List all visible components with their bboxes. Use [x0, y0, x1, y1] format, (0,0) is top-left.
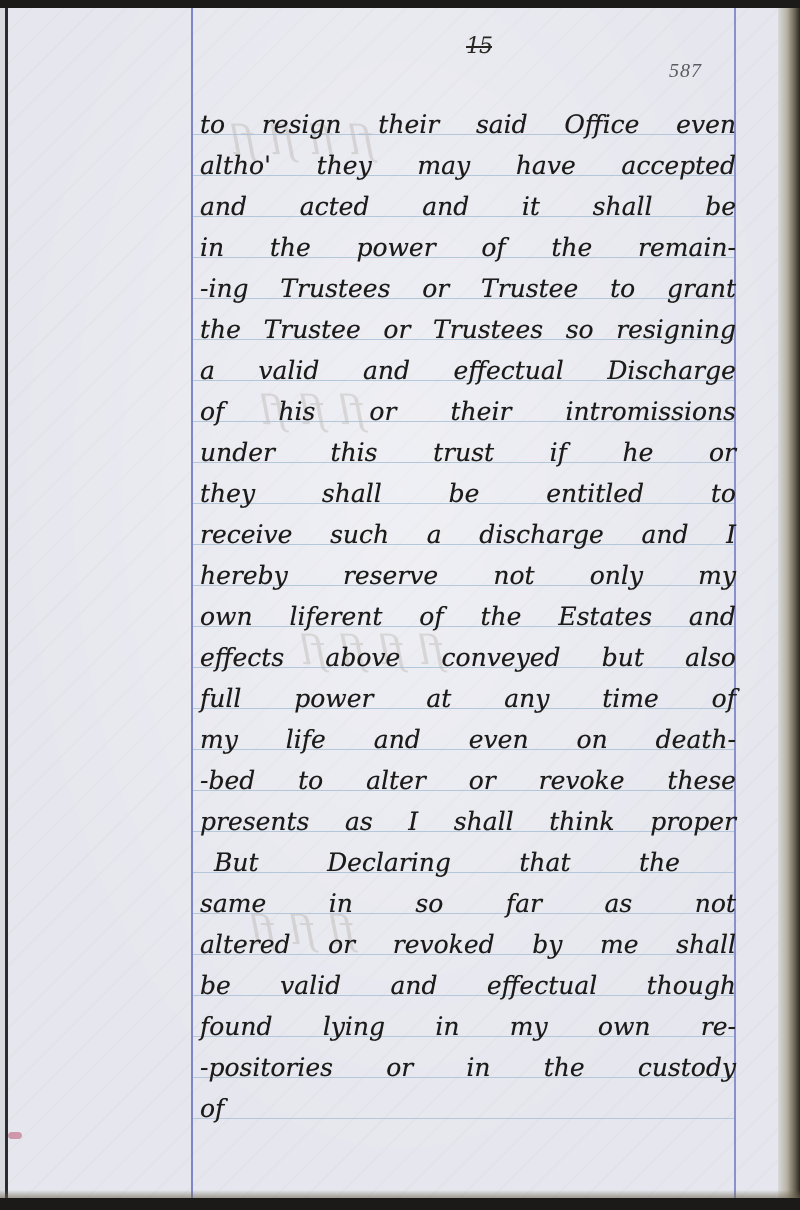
word: presents [200, 801, 309, 842]
word: revoke [539, 760, 625, 801]
manuscript-line: ButDeclaringthatthe [200, 842, 740, 883]
word: shall [322, 473, 382, 514]
manuscript-line: theyshallbeentitledto [200, 473, 740, 514]
word: power [356, 227, 435, 268]
word: these [667, 760, 736, 801]
word: same [200, 883, 266, 924]
manuscript-line: andactedanditshallbe [200, 186, 740, 227]
manuscript-line: effectsaboveconveyedbutalso [200, 637, 740, 678]
word: to [610, 268, 635, 309]
word: their [378, 104, 439, 145]
word: own [200, 596, 253, 637]
word: and [422, 186, 469, 227]
word: -ing [200, 268, 249, 309]
manuscript-line: mylifeandevenondeath- [200, 719, 740, 760]
word: I [726, 514, 736, 555]
word: grant [667, 268, 736, 309]
word: I [408, 801, 418, 842]
manuscript-line: altho'theymayhaveaccepted [200, 145, 740, 186]
word: my [510, 1006, 548, 1047]
manuscript-line: herebyreservenotonlymy [200, 555, 740, 596]
manuscript-line: -positoriesorinthecustody [200, 1047, 740, 1088]
word: of [712, 678, 736, 719]
word: life [286, 719, 326, 760]
word: to [298, 760, 323, 801]
word: shall [593, 186, 653, 227]
word: may [417, 145, 470, 186]
page-bottom-shadow [0, 1190, 800, 1198]
word: or [386, 1047, 413, 1088]
word: But [214, 842, 259, 883]
word: have [516, 145, 576, 186]
word: me [600, 924, 639, 965]
word: above [325, 637, 400, 678]
word: full [200, 678, 241, 719]
word: resigning [616, 309, 736, 350]
word: only [590, 555, 643, 596]
manuscript-line: underthistrustifheor [200, 432, 740, 473]
word: effectual [453, 350, 563, 391]
word: discharge [479, 514, 604, 555]
word: even [676, 104, 736, 145]
word: revoked [393, 924, 495, 965]
manuscript-line: bevalidandeffectualthough [200, 965, 740, 1006]
word: of [200, 391, 224, 432]
word: Trustees [433, 309, 543, 350]
word: Trustees [280, 268, 390, 309]
word: the [480, 596, 521, 637]
word: a [200, 350, 215, 391]
word: intromissions [565, 391, 735, 432]
word: valid [280, 965, 341, 1006]
word: trust [433, 432, 494, 473]
word: my [200, 719, 238, 760]
word: even [469, 719, 529, 760]
word: and [200, 186, 247, 227]
manuscript-page: ﬂ ﬂ ﬂ ﬂ ﬂ ﬂ ﬂ ﬂ ﬂ ﬂ ﬂ ﬂ ﬂ ﬂ 15 587 tores… [0, 8, 800, 1198]
word: effectual [487, 965, 597, 1006]
word: Discharge [607, 350, 736, 391]
left-margin-rule [191, 8, 193, 1198]
word: shall [676, 924, 736, 965]
word: it [522, 186, 540, 227]
word: any [504, 678, 549, 719]
word: their [451, 391, 512, 432]
word: this [331, 432, 378, 473]
word: though [647, 965, 736, 1006]
word: custody [638, 1047, 736, 1088]
word: in [466, 1047, 490, 1088]
word: reserve [343, 555, 438, 596]
word: death- [656, 719, 736, 760]
page-edge-shadow [778, 8, 800, 1198]
word: or [369, 391, 396, 432]
word: the [551, 227, 592, 268]
word: if [550, 432, 567, 473]
word: as [345, 801, 373, 842]
word: a [427, 514, 442, 555]
word: they [317, 145, 372, 186]
manuscript-line: avalidandeffectualDischarge [200, 350, 740, 391]
word: of [419, 596, 443, 637]
word: and [374, 719, 421, 760]
word: valid [258, 350, 319, 391]
word: accepted [621, 145, 736, 186]
word: so [566, 309, 594, 350]
word: or [709, 432, 736, 473]
word: be [200, 965, 231, 1006]
word: Office [564, 104, 639, 145]
word: resign [262, 104, 342, 145]
word: he [622, 432, 653, 473]
manuscript-line: foundlyinginmyownre- [200, 1006, 740, 1047]
binding-edge [5, 8, 8, 1198]
word: not [695, 883, 736, 924]
manuscript-line: fullpoweratanytimeof [200, 678, 740, 719]
word: Declaring [327, 842, 451, 883]
word: or [383, 309, 410, 350]
word: liferent [289, 596, 382, 637]
manuscript-line: toresigntheirsaidOfficeeven [200, 104, 740, 145]
word: alter [366, 760, 426, 801]
word: such [330, 514, 389, 555]
word: my [698, 555, 736, 596]
word: in [435, 1006, 459, 1047]
word: the [639, 842, 680, 883]
word: Estates [558, 596, 652, 637]
manuscript-line: inthepoweroftheremain- [200, 227, 740, 268]
manuscript-line: alteredorrevokedbymeshall [200, 924, 740, 965]
word: the [270, 227, 311, 268]
word: lying [323, 1006, 385, 1047]
word: entitled [546, 473, 644, 514]
word: in [329, 883, 353, 924]
word: and [641, 514, 688, 555]
manuscript-line: receivesuchadischargeandI [200, 514, 740, 555]
word: they [200, 473, 255, 514]
word: found [200, 1006, 273, 1047]
word: by [532, 924, 562, 965]
word: or [328, 924, 355, 965]
word: and [391, 965, 438, 1006]
word: Trustee [481, 268, 578, 309]
word: re- [701, 1006, 736, 1047]
word: acted [300, 186, 370, 227]
word: far [506, 883, 542, 924]
word: his [278, 391, 315, 432]
word: be [449, 473, 480, 514]
word: to [711, 473, 736, 514]
word: as [604, 883, 632, 924]
word: receive [200, 514, 292, 555]
word: in [200, 227, 224, 268]
manuscript-line: ownliferentoftheEstatesand [200, 596, 740, 637]
manuscript-line: sameinsofarasnot [200, 883, 740, 924]
word: but [602, 637, 644, 678]
word: shall [454, 801, 514, 842]
word: Trustee [264, 309, 361, 350]
word: so [415, 883, 443, 924]
word: be [705, 186, 736, 227]
word: -bed [200, 760, 255, 801]
word: or [422, 268, 449, 309]
word: -positories [200, 1047, 333, 1088]
word: under [200, 432, 275, 473]
manuscript-line: ofhisortheirintromissions [200, 391, 740, 432]
word: not [493, 555, 534, 596]
manuscript-line: of [200, 1088, 740, 1129]
word: power [294, 678, 373, 719]
manuscript-line: -bedtoalterorrevokethese [200, 760, 740, 801]
manuscript-line: theTrusteeorTrusteessoresigning [200, 309, 740, 350]
word: own [598, 1006, 651, 1047]
manuscript-text: toresigntheirsaidOfficeevenaltho'theymay… [200, 104, 740, 1129]
word: altho' [200, 145, 271, 186]
word: conveyed [442, 637, 561, 678]
word: altered [200, 924, 291, 965]
word: to [200, 104, 225, 145]
word: hereby [200, 555, 288, 596]
manuscript-line: presentsasIshallthinkproper [200, 801, 740, 842]
word: on [577, 719, 608, 760]
word: said [476, 104, 528, 145]
word: effects [200, 637, 284, 678]
word: and [363, 350, 410, 391]
page-number: 587 [669, 60, 702, 83]
binding-stitch [8, 1132, 22, 1139]
word: remain- [638, 227, 736, 268]
word: proper [650, 801, 736, 842]
word: of [481, 227, 505, 268]
word: the [544, 1047, 585, 1088]
folio-mark: 15 [466, 34, 492, 59]
word: of [200, 1088, 224, 1129]
word: the [200, 309, 241, 350]
word: and [689, 596, 736, 637]
word: think [549, 801, 614, 842]
word: also [685, 637, 736, 678]
word: or [469, 760, 496, 801]
word: time [602, 678, 659, 719]
word: that [519, 842, 570, 883]
word: at [426, 678, 451, 719]
manuscript-line: -ingTrusteesorTrusteetogrant [200, 268, 740, 309]
